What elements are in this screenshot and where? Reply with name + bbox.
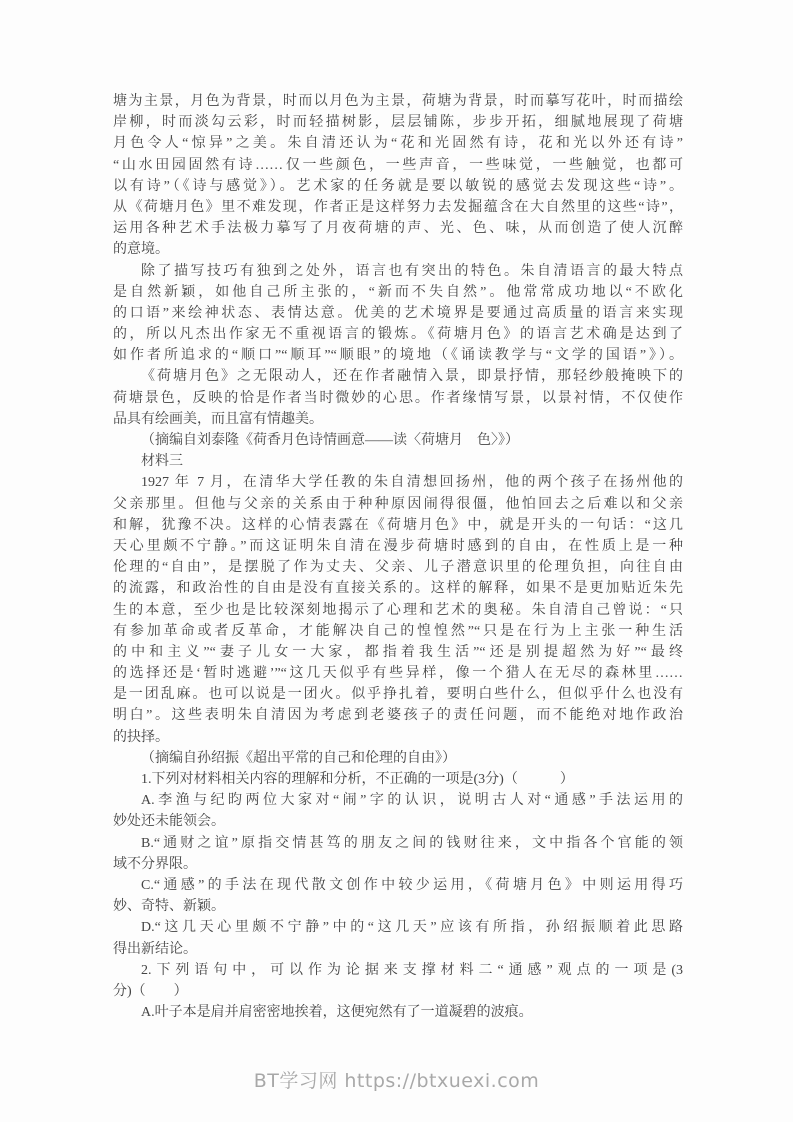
text-line: 从《荷塘月色》里不难发现，作者正是这样努力去发掘蕴含在大自然里的这些“诗”， [113,197,683,218]
text-line: 天心里颇不宁静。”而这证明朱自清在漫步荷塘时感到的自由，在性质上是一种 [113,536,683,557]
text-line: 有参加革命或者反革命，才能解决自己的惶惶然”“只是在行为上主张一种生活 [113,621,683,642]
text-line: 父亲那里。但他与父亲的关系由于种种原因闹得很僵，他怕回去之后难以和父亲 [113,494,683,515]
text-line: 的，所以凡杰出作家无不重视语言的锻炼。《荷塘月色》的语言艺术确是达到了 [113,324,683,345]
text-line: 明白”。这些表明朱自清因为考虑到老婆孩子的责任问题，而不能绝对地作政治 [113,705,683,726]
text-line: 分)（ ） [113,981,683,1002]
text-line: C.“通感”的手法在现代散文创作中较少运用，《荷塘月色》中则运用得巧 [113,875,683,896]
text-line: 1927 年 7 月，在清华大学任教的朱自清想回扬州，他的两个孩子在扬州他的 [113,472,683,493]
text-line: 的口语”来绘神状态、表情达意。优美的艺术境界是要通过高质量的语言来实现 [113,303,683,324]
text-line: 《荷塘月色》之无限动人，还在作者融情入景，即景抒情，那轻纱般掩映下的 [113,366,683,387]
text-line: D.“这几天心里颇不宁静”中的“这几天”应该有所指，孙绍振顺着此思路 [113,917,683,938]
text-line: 的意境。 [113,239,683,260]
text-line: 的流露，和政治性的自由是没有直接关系的。这样的解释，如果不是更加贴近朱先 [113,578,683,599]
text-line: 妙处还未能领会。 [113,811,683,832]
text-line: 以有诗”（《诗与感觉》）。艺术家的任务就是要以敏锐的感觉去发现这些“诗”。 [113,176,683,197]
text-line: 的中和主义”“妻子儿女一大家，都指着我生活”“还是别提超然为好”“最终 [113,642,683,663]
text-line: 品具有绘画美，而且富有情趣美。 [113,409,683,430]
text-line: “山水田园固然有诗……仅一些颜色，一些声音，一些味觉，一些触觉，也都可 [113,155,683,176]
text-line: B.“通财之谊”原指交情甚笃的朋友之间的钱财往来，文中指各个官能的领 [113,833,683,854]
text-line: 是自然新颖，如他自己所主张的，“新而不失自然”。他常常成功地以“不欧化 [113,282,683,303]
text-line: 塘为主景，月色为背景，时而以月色为主景，荷塘为背景，时而摹写花叶，时而描绘 [113,91,683,112]
text-line: 如作者所追求的“顺口”“顺耳”“顺眼”的境地（《诵读教学与“文学的国语”》）。 [113,345,683,366]
watermark: BT学习网 https://btxuexi.com [0,1066,793,1093]
text-line: 是一团乱麻。也可以说是一团火。似乎挣扎着，要明白些什么，但似乎什么也没有 [113,684,683,705]
text-line: A.叶子本是肩并肩密密地挨着，这便宛然有了一道凝碧的波痕。 [113,1002,683,1023]
text-line: 妙、奇特、新颖。 [113,896,683,917]
text-line: 的选择还是‘暂时逃避’”“这几天似乎有些异样，像一个猎人在无尽的森林里…… [113,663,683,684]
reading-passage: 塘为主景，月色为背景，时而以月色为主景，荷塘为背景，时而摹写花叶，时而描绘岸柳，… [113,91,683,1023]
text-line: 荷塘景色，反映的恰是作者当时微妙的心思。作者缘情写景，以景衬情，不仅使作 [113,388,683,409]
text-line: 和解，犹豫不决。这样的心情表露在《荷塘月色》中，就是开头的一句话：“这几 [113,515,683,536]
document-page: 塘为主景，月色为背景，时而以月色为主景，荷塘为背景，时而摹写花叶，时而描绘岸柳，… [0,0,793,1122]
text-line: （摘编自刘泰隆《荷香月色诗情画意——读〈荷塘月 色〉》） [113,430,683,451]
text-line: 月色令人“惊异”之美。朱自清还认为“花和光固然有诗，花和光以外还有诗” [113,133,683,154]
text-line: 的抉择。 [113,727,683,748]
text-line: A.李渔与纪昀两位大家对“闹”字的认识，说明古人对“通感”手法运用的 [113,790,683,811]
text-line: 除了描写技巧有独到之处外，语言也有突出的特色。朱自清语言的最大特点 [113,261,683,282]
text-line: （摘编自孙绍振《超出平常的自己和伦理的自由》） [113,748,683,769]
text-line: 运用各种艺术手法极力摹写了月夜荷塘的声、光、色、味，从而创造了使人沉醉 [113,218,683,239]
text-line: 得出新结论。 [113,939,683,960]
text-line: 生的本意，至少也是比较深刻地揭示了心理和艺术的奥秘。朱自清自己曾说：“只 [113,600,683,621]
text-line: 材料三 [113,451,683,472]
text-line: 伦理的“自由”，是摆脱了作为丈夫、父亲、儿子潜意识里的伦理负担，向往自由 [113,557,683,578]
text-line: 岸柳，时而淡勾云彩，时而轻描树影，层层铺陈，步步开拓，细腻地展现了荷塘 [113,112,683,133]
text-line: 1.下列对材料相关内容的理解和分析，不正确的一项是(3分)（ ） [113,769,683,790]
text-line: 2.下列语句中，可以作为论据来支撑材料二“通感”观点的一项是(3 [113,960,683,981]
text-line: 域不分界限。 [113,854,683,875]
